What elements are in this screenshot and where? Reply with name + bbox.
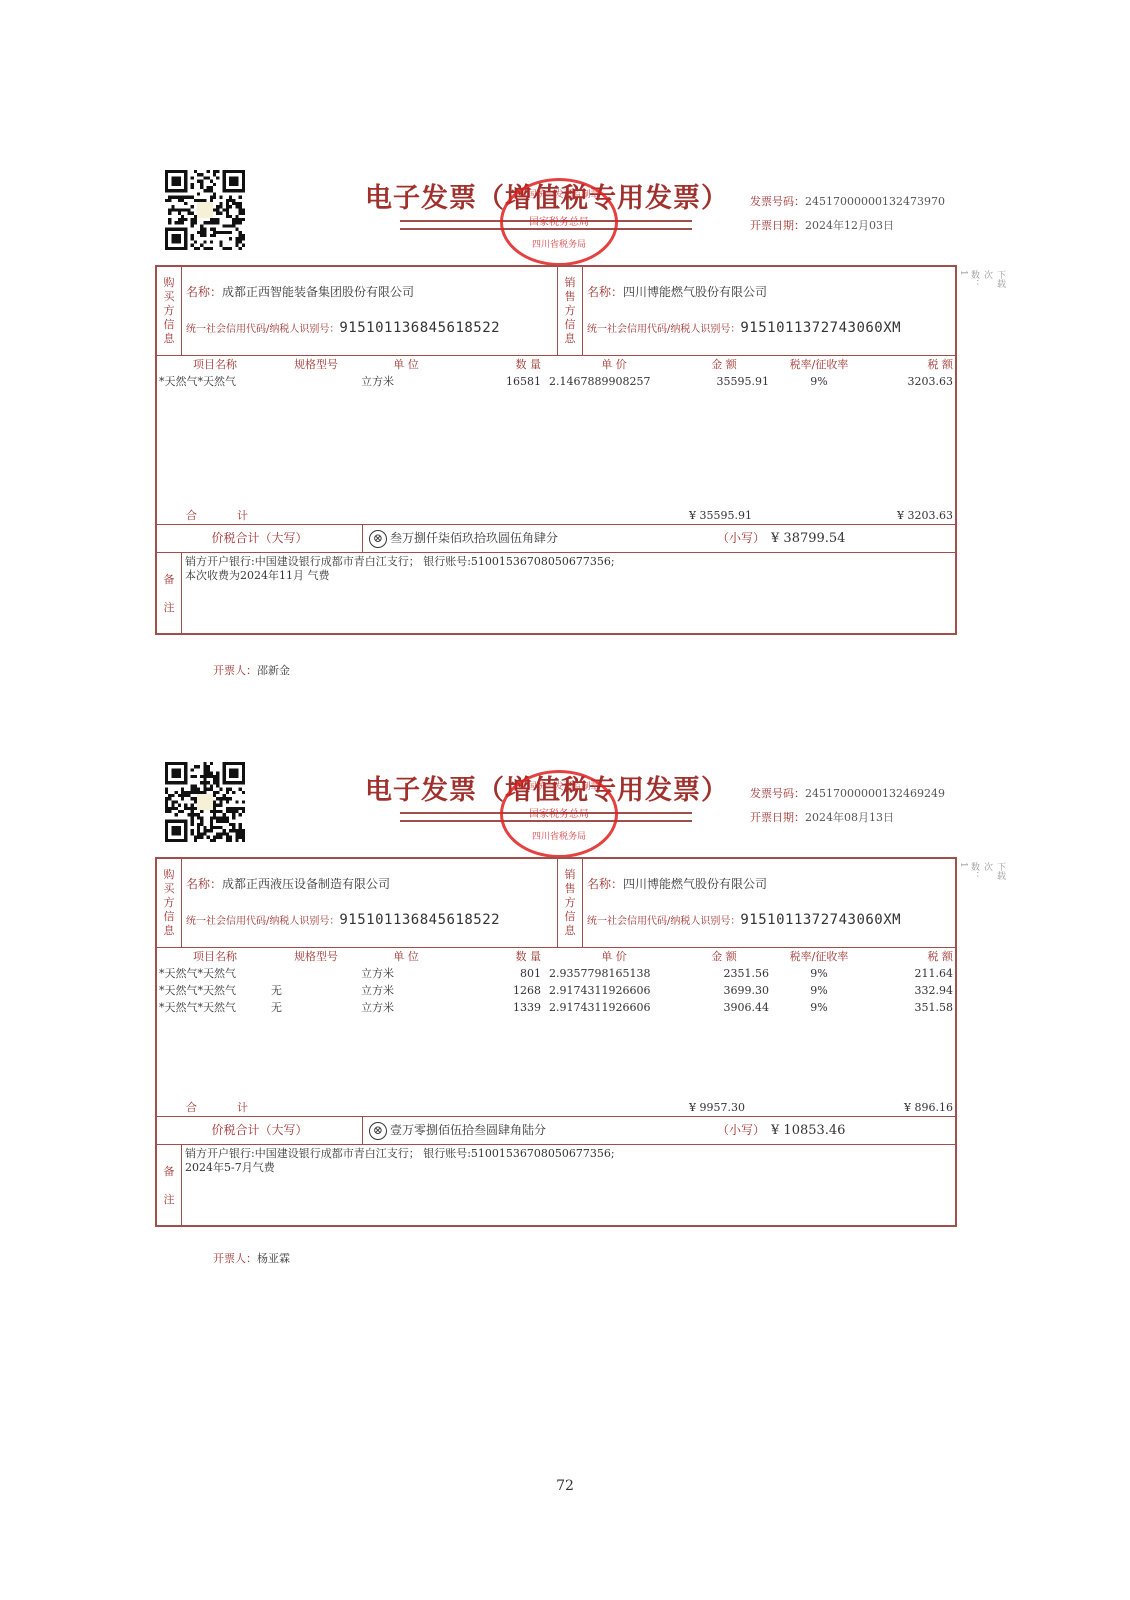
remarks-text: 销方开户银行:中国建设银行成都市青白江支行； 银行账号:510015367080…	[182, 553, 615, 633]
seller-taxid: 9151011372743060XM	[740, 320, 901, 336]
items-table: 项目名称规格型号单 位数 量单 价金 额税率/征收率税 额 *天然气*天然气立方…	[157, 356, 955, 524]
table-row: *天然气*天然气立方米8012.93577981651382351.569%21…	[157, 965, 955, 982]
invoice-meta: 发票号码：24517000000132469249 开票日期：2024年08月1…	[750, 782, 945, 830]
download-count: 下载次数：1	[958, 862, 1007, 880]
buyer-name: 成都正西智能装备集团股份有限公司	[222, 285, 414, 299]
seller-name: 四川博能燃气股份有限公司	[623, 877, 767, 891]
column-header: 数 量	[451, 948, 541, 965]
invoice-number: 24517000000132473970	[805, 195, 945, 208]
issuer: 开票人：杨亚霖	[213, 1250, 290, 1266]
page-number: 72	[0, 1478, 1130, 1494]
column-header: 税率/征收率	[769, 356, 869, 373]
issuer: 开票人：邵新金	[213, 662, 290, 678]
column-header: 税 额	[869, 948, 955, 965]
buyer-taxid: 915101136845618522	[339, 320, 500, 336]
column-header: 单 价	[541, 356, 679, 373]
total-amount: ¥ 9957.30	[689, 1099, 745, 1116]
grand-total-words: 壹万零捌佰伍拾叁圆肆角陆分	[390, 1117, 546, 1144]
total-row: 合计 ¥ 9957.30 ¥ 896.16	[157, 1099, 955, 1116]
column-header: 规格型号	[271, 948, 361, 965]
column-header: 单 位	[361, 356, 451, 373]
cross-circle-icon: ⊗	[369, 530, 387, 548]
seller-name: 四川博能燃气股份有限公司	[623, 285, 767, 299]
total-tax: ¥ 3203.63	[897, 507, 953, 524]
seller-info: 销售方信息 名称：四川博能燃气股份有限公司 统一社会信用代码/纳税人识别号：91…	[558, 859, 955, 947]
column-header: 税率/征收率	[769, 948, 869, 965]
total-row: 合计 ¥ 35595.91 ¥ 3203.63	[157, 507, 955, 524]
download-count: 下载次数：1	[958, 270, 1007, 288]
qr-code-icon	[165, 170, 245, 250]
invoice-number: 24517000000132469249	[805, 787, 945, 800]
seller-label: 销售方信息	[558, 859, 583, 947]
buyer-label: 购买方信息	[157, 267, 182, 355]
invoice-date: 2024年08月13日	[805, 811, 894, 824]
remarks: 备注 销方开户银行:中国建设银行成都市青白江支行； 银行账号:510015367…	[157, 553, 955, 633]
grand-total-row: 价税合计（大写） ⊗叁万捌仟柒佰玖拾玖圆伍角肆分 （小写）¥ 38799.54	[157, 524, 955, 553]
grand-total-amount: ¥ 10853.46	[771, 1123, 845, 1138]
table-row: *天然气*天然气立方米165812.146788990825735595.919…	[157, 373, 955, 390]
buyer-taxid: 915101136845618522	[339, 912, 500, 928]
qr-code-icon	[165, 762, 245, 842]
tax-seal-icon: 全国统一发票监制章 国家税务总局 四川省税务局	[500, 770, 618, 858]
invoice-table: 购买方信息 名称：成都正西液压设备制造有限公司 统一社会信用代码/纳税人识别号：…	[155, 857, 957, 1227]
column-header: 规格型号	[271, 356, 361, 373]
seller-label: 销售方信息	[558, 267, 583, 355]
table-row: *天然气*天然气无立方米13392.91743119266063906.449%…	[157, 999, 955, 1016]
column-header: 单 价	[541, 948, 679, 965]
seller-taxid: 9151011372743060XM	[740, 912, 901, 928]
items-header: 项目名称规格型号单 位数 量单 价金 额税率/征收率税 额	[157, 356, 955, 373]
column-header: 税 额	[869, 356, 955, 373]
total-tax: ¥ 896.16	[904, 1099, 953, 1116]
invoice-meta: 发票号码：24517000000132473970 开票日期：2024年12月0…	[750, 190, 945, 238]
table-row: *天然气*天然气无立方米12682.91743119266063699.309%…	[157, 982, 955, 999]
remarks: 备注 销方开户银行:中国建设银行成都市青白江支行； 银行账号:510015367…	[157, 1145, 955, 1225]
seller-info: 销售方信息 名称：四川博能燃气股份有限公司 统一社会信用代码/纳税人识别号：91…	[558, 267, 955, 355]
remarks-text: 销方开户银行:中国建设银行成都市青白江支行； 银行账号:510015367080…	[182, 1145, 615, 1225]
tax-seal-icon: 全国统一发票监制章 国家税务总局 四川省税务局	[500, 178, 618, 266]
items-header: 项目名称规格型号单 位数 量单 价金 额税率/征收率税 额	[157, 948, 955, 965]
buyer-info: 购买方信息 名称：成都正西智能装备集团股份有限公司 统一社会信用代码/纳税人识别…	[157, 267, 558, 355]
grand-total-amount: ¥ 38799.54	[771, 531, 845, 546]
cross-circle-icon: ⊗	[369, 1122, 387, 1140]
column-header: 金 额	[679, 356, 769, 373]
column-header: 金 额	[679, 948, 769, 965]
grand-total-row: 价税合计（大写） ⊗壹万零捌佰伍拾叁圆肆角陆分 （小写）¥ 10853.46	[157, 1116, 955, 1145]
column-header: 单 位	[361, 948, 451, 965]
buyer-name: 成都正西液压设备制造有限公司	[222, 877, 390, 891]
invoice-date: 2024年12月03日	[805, 219, 894, 232]
grand-total-words: 叁万捌仟柒佰玖拾玖圆伍角肆分	[390, 525, 558, 552]
items-table: 项目名称规格型号单 位数 量单 价金 额税率/征收率税 额 *天然气*天然气立方…	[157, 948, 955, 1116]
buyer-label: 购买方信息	[157, 859, 182, 947]
column-header: 项目名称	[157, 356, 271, 373]
invoice-table: 购买方信息 名称：成都正西智能装备集团股份有限公司 统一社会信用代码/纳税人识别…	[155, 265, 957, 635]
total-amount: ¥ 35595.91	[689, 507, 752, 524]
column-header: 项目名称	[157, 948, 271, 965]
column-header: 数 量	[451, 356, 541, 373]
buyer-info: 购买方信息 名称：成都正西液压设备制造有限公司 统一社会信用代码/纳税人识别号：…	[157, 859, 558, 947]
